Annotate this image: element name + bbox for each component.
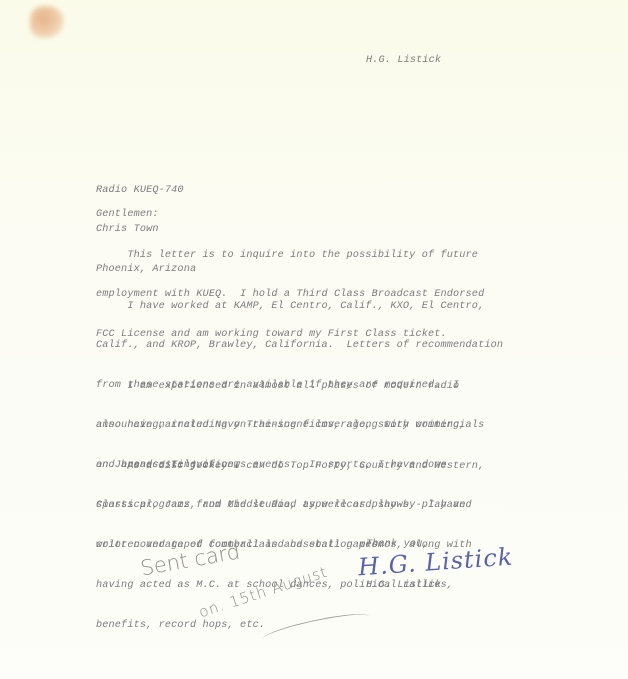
text-line: Classical, Jazz, and Middle Road type re… xyxy=(96,499,484,512)
letter-page: H.G. Listick Radio KUEQ-740 Chris Town P… xyxy=(0,0,628,679)
text-line: I am experienced in almost all phases of… xyxy=(96,380,472,393)
text-line: I have worked at KAMP, El Centro, Calif.… xyxy=(96,300,503,313)
salutation: Gentlemen: xyxy=(96,208,159,221)
sender-name-header: H.G. Listick xyxy=(366,54,441,67)
text-line: As a disc jockey I can do Top Forty, Cou… xyxy=(96,460,484,473)
text-line: announcing, including on-the-scene cover… xyxy=(96,419,472,432)
text-line: Calif., and KROP, Brawley, California. L… xyxy=(96,339,503,352)
address-line: Radio KUEQ-740 xyxy=(96,184,196,197)
signed-name: H.G. Listick xyxy=(366,579,441,592)
text-line: This letter is to inquire into the possi… xyxy=(96,249,484,262)
paper-stain xyxy=(30,6,64,38)
